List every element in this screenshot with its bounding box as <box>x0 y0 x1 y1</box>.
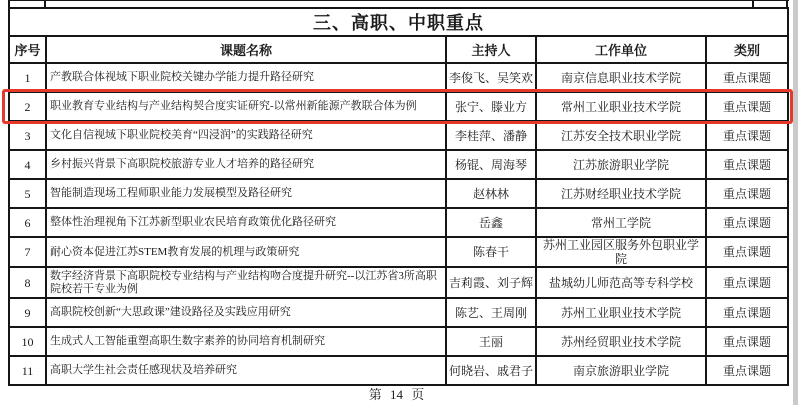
cell-org: 江苏安全技术职业学院 <box>536 121 706 150</box>
cell-no: 10 <box>9 327 46 356</box>
section-title: 三、高职、中职重点 <box>9 8 788 36</box>
page-number: 第 14 页 <box>0 384 793 403</box>
document-page: 三、高职、中职重点 序号 课题名称 主持人 工作单位 类别 1产教联合体视域下职… <box>0 0 798 405</box>
cell-title: 生成式人工智能重塑高职生数字素养的协同培育机制研究 <box>46 327 446 356</box>
table-row[interactable]: 1产教联合体视域下职业院校关键办学能力提升路径研究李俊飞、吴笑欢南京信息职业技术… <box>9 63 788 92</box>
cell-no: 5 <box>9 179 46 208</box>
cell-org: 江苏财经职业技术学院 <box>536 179 706 208</box>
column-header-org: 工作单位 <box>536 36 706 63</box>
cell-category: 重点课题 <box>706 327 788 356</box>
cell-category: 重点课题 <box>706 267 788 298</box>
table-row[interactable]: 7耐心资本促进江苏STEM教育发展的机理与政策研究陈春干苏州工业园区服务外包职业… <box>9 237 788 267</box>
cell-host: 赵林林 <box>446 179 536 208</box>
cell-host: 何晓岩、戚君子 <box>446 356 536 385</box>
previous-row-bottom-line <box>8 0 789 1</box>
column-header-no: 序号 <box>9 36 46 63</box>
table-row[interactable]: 5智能制造现场工程师职业能力发展模型及路径研究赵林林江苏财经职业技术学院重点课题 <box>9 179 788 208</box>
cell-category: 重点课题 <box>706 63 788 92</box>
cell-title: 乡村振兴背景下高职院校旅游专业人才培养的路径研究 <box>46 150 446 179</box>
cell-org: 江苏旅游职业学院 <box>536 150 706 179</box>
cell-title: 智能制造现场工程师职业能力发展模型及路径研究 <box>46 179 446 208</box>
cell-no: 2 <box>9 92 46 121</box>
cell-org: 苏州工业职业技术学院 <box>536 298 706 327</box>
cell-title: 数字经济背景下高职院校专业结构与产业结构吻合度提升研究--以江苏省3所高职院校若… <box>46 267 446 298</box>
column-header-host: 主持人 <box>446 36 536 63</box>
cell-title: 耐心资本促进江苏STEM教育发展的机理与政策研究 <box>46 237 446 267</box>
table-row[interactable]: 3文化自信视域下职业院校美育“四浸润”的实践路径研究李桂萍、潘静江苏安全技术职业… <box>9 121 788 150</box>
cell-title: 整体性治理视角下江苏新型职业农民培育政策优化路径研究 <box>46 208 446 237</box>
cell-category: 重点课题 <box>706 298 788 327</box>
table-row[interactable]: 4乡村振兴背景下高职院校旅游专业人才培养的路径研究杨锟、周海琴江苏旅游职业学院重… <box>9 150 788 179</box>
cell-no: 8 <box>9 267 46 298</box>
cell-org: 南京信息职业技术学院 <box>536 63 706 92</box>
cell-org: 苏州经贸职业技术学院 <box>536 327 706 356</box>
table-row[interactable]: 11高职大学生社会责任感现状及培养研究何晓岩、戚君子南京旅游职业学院重点课题 <box>9 356 788 385</box>
cell-org: 苏州工业园区服务外包职业学院 <box>536 237 706 267</box>
cell-host: 吉莉霞、刘子辉 <box>446 267 536 298</box>
table-row[interactable]: 2职业教育专业结构与产业结构契合度实证研究-以常州新能源产教联合体为例张宁、滕业… <box>9 92 788 121</box>
cell-title: 产教联合体视域下职业院校关键办学能力提升路径研究 <box>46 63 446 92</box>
column-header-row: 序号 课题名称 主持人 工作单位 类别 <box>9 36 788 63</box>
cell-category: 重点课题 <box>706 121 788 150</box>
cell-category: 重点课题 <box>706 150 788 179</box>
cell-host: 王丽 <box>446 327 536 356</box>
cell-no: 6 <box>9 208 46 237</box>
cell-no: 4 <box>9 150 46 179</box>
cell-org: 南京旅游职业学院 <box>536 356 706 385</box>
cell-host: 岳鑫 <box>446 208 536 237</box>
cell-category: 重点课题 <box>706 237 788 267</box>
cell-category: 重点课题 <box>706 356 788 385</box>
table-row[interactable]: 9高职院校创新“大思政课”建设路径及实践应用研究陈艺、王周刚苏州工业职业技术学院… <box>9 298 788 327</box>
page-edge-strip <box>793 0 798 405</box>
cell-title: 高职大学生社会责任感现状及培养研究 <box>46 356 446 385</box>
cell-no: 3 <box>9 121 46 150</box>
section-header-row: 三、高职、中职重点 <box>9 8 788 36</box>
cell-org: 常州工业职业技术学院 <box>536 92 706 121</box>
cell-host: 李俊飞、吴笑欢 <box>446 63 536 92</box>
cell-title: 文化自信视域下职业院校美育“四浸润”的实践路径研究 <box>46 121 446 150</box>
table-row[interactable]: 10生成式人工智能重塑高职生数字素养的协同培育机制研究王丽苏州经贸职业技术学院重… <box>9 327 788 356</box>
cell-host: 杨锟、周海琴 <box>446 150 536 179</box>
table-row[interactable]: 6整体性治理视角下江苏新型职业农民培育政策优化路径研究岳鑫常州工学院重点课题 <box>9 208 788 237</box>
cell-org: 盐城幼儿师范高等专科学校 <box>536 267 706 298</box>
table-row[interactable]: 8数字经济背景下高职院校专业结构与产业结构吻合度提升研究--以江苏省3所高职院校… <box>9 267 788 298</box>
column-header-title: 课题名称 <box>46 36 446 63</box>
cell-title: 职业教育专业结构与产业结构契合度实证研究-以常州新能源产教联合体为例 <box>46 92 446 121</box>
table-body: 1产教联合体视域下职业院校关键办学能力提升路径研究李俊飞、吴笑欢南京信息职业技术… <box>9 63 788 385</box>
cell-title: 高职院校创新“大思政课”建设路径及实践应用研究 <box>46 298 446 327</box>
cell-no: 1 <box>9 63 46 92</box>
projects-table: 三、高职、中职重点 序号 课题名称 主持人 工作单位 类别 1产教联合体视域下职… <box>8 7 789 386</box>
cell-category: 重点课题 <box>706 179 788 208</box>
cell-host: 陈春干 <box>446 237 536 267</box>
cell-host: 李桂萍、潘静 <box>446 121 536 150</box>
column-header-category: 类别 <box>706 36 788 63</box>
cell-host: 张宁、滕业方 <box>446 92 536 121</box>
cell-host: 陈艺、王周刚 <box>446 298 536 327</box>
cell-category: 重点课题 <box>706 208 788 237</box>
cell-no: 7 <box>9 237 46 267</box>
cell-no: 9 <box>9 298 46 327</box>
cell-no: 11 <box>9 356 46 385</box>
cell-org: 常州工学院 <box>536 208 706 237</box>
cell-category: 重点课题 <box>706 92 788 121</box>
